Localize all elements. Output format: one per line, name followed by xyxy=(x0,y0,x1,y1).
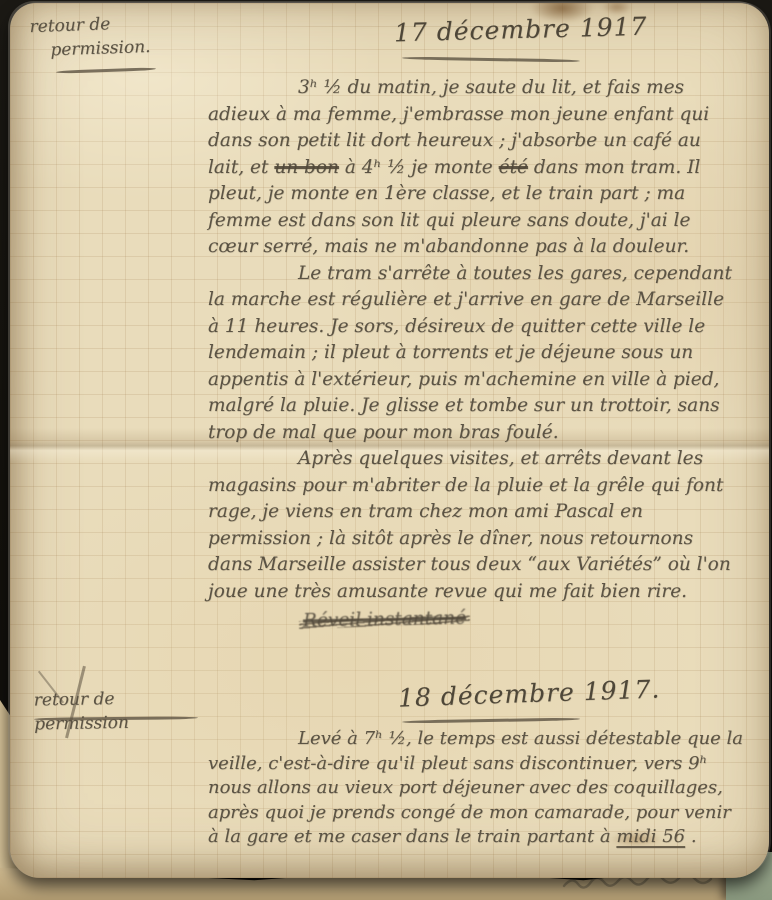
margin-note-entry2: retour de permission xyxy=(34,686,205,737)
scratched-out-line: Réveil instantané xyxy=(303,606,466,635)
paragraph-text: . xyxy=(685,826,696,847)
margin-note-line: permission. xyxy=(50,35,151,62)
date-heading-entry1: 17 décembre 1917 xyxy=(394,12,648,48)
crossed-out-word: été xyxy=(499,157,528,178)
diary-page: retour de permission. 17 décembre 1917 3… xyxy=(10,3,769,878)
margin-note-entry1: retour de permission. xyxy=(29,11,151,63)
diary-paragraph: Après quelques visites, et arrêts devant… xyxy=(208,446,736,605)
diary-text-entry2: Levé à 7ʰ ½, le temps est aussi détestab… xyxy=(208,727,746,850)
paragraph-text: à 4ʰ ½ je monte xyxy=(339,157,499,178)
diary-paragraph: Levé à 7ʰ ½, le temps est aussi détestab… xyxy=(208,727,746,850)
date-heading-entry2: 18 décembre 1917. xyxy=(398,674,661,712)
diary-paragraph: 3ʰ ½ du matin, je saute du lit, et fais … xyxy=(208,75,736,261)
diary-paragraph: Le tram s'arrête à toutes les gares, cep… xyxy=(208,261,736,447)
crossed-out-word: un bon xyxy=(274,157,339,178)
margin-note-line: retour de xyxy=(29,14,110,37)
margin-note-underline xyxy=(56,67,156,73)
date-underline xyxy=(402,717,580,723)
date-underline xyxy=(402,56,580,62)
scan-background: retour de permission. 17 décembre 1917 3… xyxy=(0,0,772,900)
diary-text-entry1: 3ʰ ½ du matin, je saute du lit, et fais … xyxy=(208,75,736,634)
underlined-phrase: midi 56 xyxy=(616,826,685,847)
